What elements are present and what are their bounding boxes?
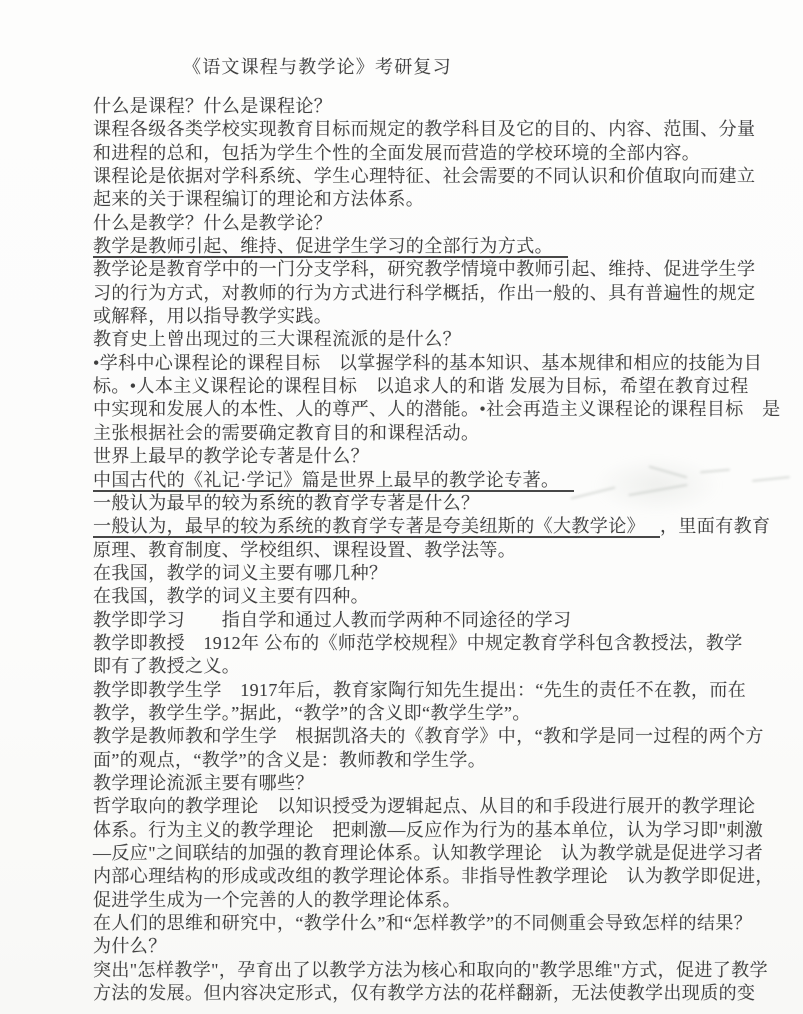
text-line: 起来的关于课程编订的理论和方法体系。 (93, 188, 793, 211)
text-segment: 教学即教授 1912年 公布的《师范学校规程》中规定教育学科包含教授法，教学 (93, 633, 743, 653)
text-line: 标。•人本主义课程论的课程目标 以追求人的和谐 发展为目标，希望在教育过程 (93, 375, 793, 398)
text-line: —反应"之间联结的加强的教育理论体系。认知教学理论 认为教学就是促进学习者 (93, 842, 793, 865)
text-segment: 教学即教学生学 1917年后，教育家陶行知先生提出：“先生的责任不在教，而在 (93, 680, 746, 700)
text-line: 什么是课程？什么是课程论？ (93, 95, 793, 118)
text-line: 即有了教授之义。 (93, 655, 793, 678)
text-line: 教学理论流派主要有哪些？ (93, 772, 793, 795)
text-segment: 主张根据社会的需要确定教育目的和课程活动。 (93, 423, 479, 443)
text-line: 教学即教学生学 1917年后，教育家陶行知先生提出：“先生的责任不在教，而在 (93, 679, 793, 702)
text-segment: 为什么？ (93, 936, 167, 956)
text-segment: 教学是教师教和学生学 根据凯洛夫的《教育学》中，“教和学是同一过程的两个方 (93, 726, 764, 746)
text-line: 中实现和发展人的本性、人的尊严、人的潜能。•社会再造主义课程论的课程目标 是 (93, 398, 793, 421)
text-line: 哲学取向的教学理论 以知识授受为逻辑起点、从目的和手段进行展开的教学理论 (93, 795, 793, 818)
text-segment: 标。•人本主义课程论的课程目标 以追求人的和谐 发展为目标，希望在教育过程 (93, 376, 749, 396)
text-segment: 一般认为最早的较为系统的教育学专著是什么？ (93, 493, 479, 513)
text-line: 什么是教学？什么是教学论？ (93, 212, 793, 235)
text-segment: 起来的关于课程编订的理论和方法体系。 (93, 189, 424, 209)
text-segment: 教学论是教育学中的一门分支学科，研究教学情境中教师引起、维持、促进学生学 (93, 259, 755, 279)
text-segment: 课程各级各类学校实现教育目标而规定的教学科目及它的目的、内容、范围、分量 (93, 119, 755, 139)
text-line: 一般认为，最早的较为系统的教育学专著是夸美纽斯的《大教学论》，里面有教育 (93, 515, 793, 538)
document-body: 什么是课程？什么是课程论？课程各级各类学校实现教育目标而规定的教学科目及它的目的… (93, 95, 793, 1005)
text-line: 世界上最早的教学论专著是什么？ (93, 445, 793, 468)
text-line: 在我国，教学的词义主要有四种。 (93, 585, 793, 608)
text-line: 一般认为最早的较为系统的教育学专著是什么？ (93, 492, 793, 515)
text-segment: 什么是课程？什么是课程论？ (93, 96, 332, 116)
text-line: 和进程的总和，包括为学生个性的全面发展而营造的学校环境的全部内容。 (93, 142, 793, 165)
text-line: 方法的发展。但内容决定形式，仅有教学方法的花样翻新，无法使教学出现质的变 (93, 982, 793, 1005)
text-segment: 在人们的思维和研究中，“教学什么”和“怎样教学”的不同侧重会导致怎样的结果？ (93, 913, 752, 933)
text-segment: 教学理论流派主要有哪些？ (93, 773, 314, 793)
text-line: 在人们的思维和研究中，“教学什么”和“怎样教学”的不同侧重会导致怎样的结果？ (93, 912, 793, 935)
document-page: 《语文课程与教学论》考研复习 什么是课程？什么是课程论？课程各级各类学校实现教育… (0, 0, 803, 1014)
text-segment: 什么是教学？什么是教学论？ (93, 213, 332, 233)
text-segment: 哲学取向的教学理论 以知识授受为逻辑起点、从目的和手段进行展开的教学理论 (93, 796, 755, 816)
text-line: 主张根据社会的需要确定教育目的和课程活动。 (93, 422, 793, 445)
text-segment: 习的行为方式，对教师的行为方式进行科学概括，作出一般的、具有普遍性的规定 (93, 283, 755, 303)
text-line: 中国古代的《礼记·学记》篇是世界上最早的教学论专著。 (93, 469, 793, 492)
text-line: 或解释，用以指导教学实践。 (93, 305, 793, 328)
text-segment: 教育史上曾出现过的三大课程流派的是什么？ (93, 329, 461, 349)
text-line: 原理、教育制度、学校组织、课程设置、教学法等。 (93, 539, 793, 562)
text-segment: 原理、教育制度、学校组织、课程设置、教学法等。 (93, 540, 516, 560)
text-line: 促进学生成为一个完善的人的教学理论体系。 (93, 889, 793, 912)
text-segment: 和进程的总和，包括为学生个性的全面发展而营造的学校环境的全部内容。 (93, 143, 700, 163)
text-line: 教学是教师教和学生学 根据凯洛夫的《教育学》中，“教和学是同一过程的两个方 (93, 725, 793, 748)
text-segment: 或解释，用以指导教学实践。 (93, 306, 332, 326)
document-title: 《语文课程与教学论》考研复习 (183, 53, 452, 79)
text-line: 习的行为方式，对教师的行为方式进行科学概括，作出一般的、具有普遍性的规定 (93, 282, 793, 305)
text-segment: 促进学生成为一个完善的人的教学理论体系。 (93, 890, 461, 910)
text-line: 体系。行为主义的教学理论 把刺激—反应作为行为的基本单位，认为学习即"刺激 (93, 819, 793, 842)
text-segment: 在我国，教学的词义主要有哪几种？ (93, 563, 387, 583)
text-segment: 即有了教授之义。 (93, 656, 240, 676)
text-line: 教学是教师引起、维持、促进学生学习的全部行为方式。 (93, 235, 793, 258)
text-segment: 中实现和发展人的本性、人的尊严、人的潜能。•社会再造主义课程论的课程目标 是 (93, 399, 781, 419)
text-segment: ，里面有教育 (660, 516, 770, 536)
text-segment: 世界上最早的教学论专著是什么？ (93, 446, 369, 466)
text-line: 教学论是教育学中的一门分支学科，研究教学情境中教师引起、维持、促进学生学 (93, 258, 793, 281)
text-segment: 面”的观点，“教学”的含义是：教师教和学生学。 (93, 750, 486, 770)
text-segment: •学科中心课程论的课程目标 以掌握学科的基本知识、基本规律和相应的技能为目 (93, 353, 762, 373)
text-line: 为什么？ (93, 935, 793, 958)
text-line: 教学，教学生学。”据此，“教学”的含义即“教学生学”。 (93, 702, 793, 725)
underlined-text: 教学是教师引起、维持、促进学生学习的全部行为方式。 (93, 235, 568, 258)
text-segment: 教学即学习 指自学和通过人教而学两种不同途径的学习 (93, 610, 571, 630)
text-line: 课程各级各类学校实现教育目标而规定的教学科目及它的目的、内容、范围、分量 (93, 118, 793, 141)
text-segment: —反应"之间联结的加强的教育理论体系。认知教学理论 认为教学就是促进学习者 (93, 843, 763, 863)
text-line: 面”的观点，“教学”的含义是：教师教和学生学。 (93, 749, 793, 772)
text-line: 教育史上曾出现过的三大课程流派的是什么？ (93, 328, 793, 351)
underlined-text: 中国古代的《礼记·学记》篇是世界上最早的教学论专著。 (93, 469, 574, 492)
text-line: 教学即教授 1912年 公布的《师范学校规程》中规定教育学科包含教授法，教学 (93, 632, 793, 655)
text-segment: 内部心理结构的形成或改组的教学理论体系。非指导性教学理论 认为教学即促进， (93, 866, 774, 886)
text-line: 在我国，教学的词义主要有哪几种？ (93, 562, 793, 585)
text-line: •学科中心课程论的课程目标 以掌握学科的基本知识、基本规律和相应的技能为目 (93, 352, 793, 375)
text-segment: 方法的发展。但内容决定形式，仅有教学方法的花样翻新，无法使教学出现质的变 (93, 983, 755, 1003)
text-line: 内部心理结构的形成或改组的教学理论体系。非指导性教学理论 认为教学即促进， (93, 865, 793, 888)
text-line: 教学即学习 指自学和通过人教而学两种不同途径的学习 (93, 609, 793, 632)
underlined-text: 一般认为，最早的较为系统的教育学专著是夸美纽斯的《大教学论》 (93, 515, 660, 538)
text-line: 课程论是依据对学科系统、学生心理特征、社会需要的不同认识和价值取向而建立 (93, 165, 793, 188)
text-segment: 体系。行为主义的教学理论 把刺激—反应作为行为的基本单位，认为学习即"刺激 (93, 820, 763, 840)
text-line: 突出"怎样教学"，孕育出了以教学方法为核心和取向的"教学思维"方式，促进了教学 (93, 959, 793, 982)
text-segment: 突出"怎样教学"，孕育出了以教学方法为核心和取向的"教学思维"方式，促进了教学 (93, 960, 768, 980)
text-segment: 课程论是依据对学科系统、学生心理特征、社会需要的不同认识和价值取向而建立 (93, 166, 755, 186)
text-segment: 在我国，教学的词义主要有四种。 (93, 586, 369, 606)
text-segment: 教学，教学生学。”据此，“教学”的含义即“教学生学”。 (93, 703, 531, 723)
